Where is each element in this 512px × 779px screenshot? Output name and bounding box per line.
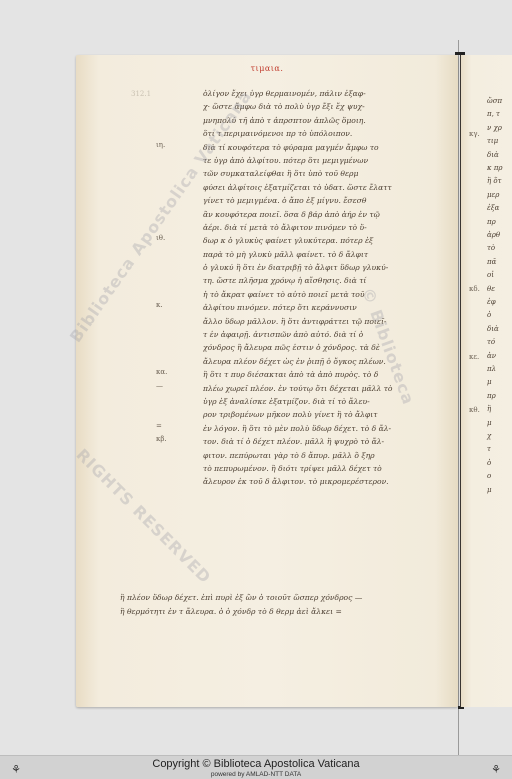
gutter-line	[458, 40, 459, 755]
manuscript-line-fragment: διὰ	[487, 151, 499, 159]
manuscript-footnote-line: ἢ θερμότητι ἐν τ ἄλευρα. ὁ ὁ χόνδρ τὸ δ …	[120, 605, 430, 619]
manuscript-line: φιτον. πεπύρωται γὰρ τὸ δ ἄπυρ. μᾶλλ ὃ ξ…	[203, 449, 428, 462]
manuscript-line-fragment: μ	[487, 378, 492, 386]
manuscript-line: ἄλευρον ἐκ τοῦ δ ἄλφιτον. τὸ μικρομερέστ…	[203, 475, 428, 488]
watermark-text: RIGHTS RESERVED	[73, 445, 215, 587]
manuscript-line: ρον τριβομένων μῆκον πολὺ γίνετ ἢ τὸ ἄλφ…	[203, 408, 428, 421]
margin-section-number: κθ.	[469, 406, 480, 414]
manuscript-line-fragment: πρ	[487, 218, 496, 226]
manuscript-line-fragment: τὸ	[487, 244, 495, 252]
running-head: τιμαια.	[76, 64, 458, 73]
manuscript-line-fragment: διὰ	[487, 325, 499, 333]
manuscript-line: τον. διὰ τί ὁ δέχετ πλέον. μᾶλλ ἢ ψυχρὸ …	[203, 435, 428, 448]
copyright-text: Copyright © Biblioteca Apostolica Vatica…	[0, 756, 512, 771]
manuscript-line: τη. ὥστε πλῆσμα χρόνῳ ἡ αἴσθησις. διὰ τί	[203, 274, 428, 287]
manuscript-page-left: τιμαια. 312.1 ὀλίγον ἔχει ὑγρ θερμαινομέ…	[76, 55, 458, 707]
powered-by-text[interactable]: powered by AMLAD-NTT DATA	[0, 771, 512, 779]
manuscript-line-fragment: ὥσπ	[487, 97, 502, 105]
bottom-text-lines: ἢ πλέον ὕδωρ δέχετ. ἐπὶ πυρὶ ἐξ ὢν ὁ τοι…	[120, 591, 430, 619]
margin-section-number: =	[156, 422, 162, 430]
folio-mark: 312.1	[131, 90, 151, 98]
margin-section-number: κδ.	[469, 285, 480, 293]
manuscript-line: ἀλφίτου πινόμεν. πότερ ὅτι κεράννυσιν	[203, 301, 428, 314]
manuscript-line-fragment: πλ	[487, 365, 496, 373]
manuscript-line-fragment: ἢ	[487, 405, 491, 413]
manuscript-line: ἀέρι. διὰ τί μετὰ τὸ ἄλφιτον πινόμεν τὸ …	[203, 221, 428, 234]
manuscript-line-fragment: μερ	[487, 191, 499, 199]
manuscript-line-fragment: τ	[487, 445, 491, 453]
manuscript-line-fragment: ν χρ	[487, 124, 502, 132]
manuscript-line-fragment: μ	[487, 486, 492, 494]
manuscript-line: τῶν συμκαταλείφθαι ἢ ὅτι ὑπὸ τοῦ θερμ	[203, 167, 428, 180]
margin-section-number: κ.	[156, 301, 163, 309]
manuscript-line: φύσει ἀλφίτοις ἐξατμίζεται τὸ ὑδατ. ὥστε…	[203, 181, 428, 194]
manuscript-line-fragment: οἰ	[487, 271, 494, 279]
manuscript-line-fragment: κ πρ	[487, 164, 503, 172]
manuscript-line-fragment: τό	[487, 338, 495, 346]
vatican-library-logo-icon: ⚘	[484, 759, 508, 779]
margin-section-number: κβ.	[156, 435, 167, 443]
manuscript-line-fragment: ἢ ὅτ	[487, 177, 502, 185]
manuscript-line: ἡ τὸ ἄκρατ φαίνετ τὸ αὐτὸ ποιεῖ μετὰ τοῦ	[203, 288, 428, 301]
manuscript-line: παρὰ τὸ μὴ γλυκὺ μᾶλλ φαίνετ. τὸ δ ἄλφιτ	[203, 248, 428, 261]
margin-section-number: —	[156, 382, 163, 390]
manuscript-line: ὁ γλυκύ ἢ ὅτι ἐν διατριβῇ τὸ ἄλφιτ ὕδωρ …	[203, 261, 428, 274]
manuscript-line-fragment: ἐφ	[487, 298, 496, 306]
manuscript-line-fragment: χ	[487, 432, 491, 440]
footer-bar: ⚘ Copyright © Biblioteca Apostolica Vati…	[0, 755, 512, 779]
manuscript-page-right: κγ.κδ.κε.κθ.ὥσππ, τν χρτιμδιὰκ πρἢ ὅτμερ…	[460, 55, 512, 707]
manuscript-line-fragment: ἐξα	[487, 204, 499, 212]
manuscript-line-fragment: ἀρθ	[487, 231, 500, 239]
vatican-library-logo-icon: ⚘	[4, 759, 28, 779]
manuscript-footnote-line: ἢ πλέον ὕδωρ δέχετ. ἐπὶ πυρὶ ἐξ ὢν ὁ τοι…	[120, 591, 430, 605]
manuscript-line: τὸ πεπυρωμένον. ἢ διότι τρίψει μᾶλλ δέχε…	[203, 462, 428, 475]
manuscript-line-fragment: μ	[487, 419, 492, 427]
manuscript-line: γίνετ τὸ μεμιγμένα. ὁ ἄπο ἐξ μίγνυ. ἔσεσ…	[203, 194, 428, 207]
manuscript-line: ἄλλο ὕδωρ μᾶλλον. ἢ ὅτι ἀντιφράττει τῷ π…	[203, 315, 428, 328]
manuscript-line-fragment: ο	[487, 472, 491, 480]
manuscript-line-fragment: τιμ	[487, 137, 498, 145]
manuscript-line-fragment: π, τ	[487, 110, 500, 118]
manuscript-line: διὰ τί κουφότερα τὸ φύραμα μαγμέν ἄμφω τ…	[203, 141, 428, 154]
manuscript-line: ἐν λόγον. ἢ ὅτι τὸ μὲν πολὺ ὕδωρ δέχετ. …	[203, 422, 428, 435]
manuscript-line-fragment: πρ	[487, 392, 496, 400]
manuscript-line-fragment: πᾶ	[487, 258, 496, 266]
manuscript-line: ἂν κουφότερα ποιεῖ. ὅσα δ βάρ ἀπὸ ἀήρ ἐν…	[203, 208, 428, 221]
margin-section-number: κα.	[156, 368, 167, 376]
manuscript-line: τε ὑγρ ἀπὸ ἀλφίτου. πότερ ὅτι μεμιγμένων	[203, 154, 428, 167]
manuscript-line: ὑγρ ἐξ ἀναλίσκε ἐξατμίζον. διὰ τί τὸ ἄλε…	[203, 395, 428, 408]
margin-section-number: κγ.	[469, 130, 480, 138]
manuscript-line: ὅτι τ περιμαινόμενοι πρ τὸ ὑπόλοιπον.	[203, 127, 428, 140]
manuscript-line-fragment: ὁ	[487, 311, 491, 319]
manuscript-line-fragment: ὀ	[487, 459, 491, 467]
main-text-block: ὀλίγον ἔχει ὑγρ θερμαινομέν, πάλιν ἐξαφ-…	[203, 87, 428, 489]
margin-section-number: κε.	[469, 353, 479, 361]
manuscript-line-fragment: θε	[487, 285, 495, 293]
manuscript-line: δωρ κ ὁ γλυκὺς φαίνετ γλυκύτερα. πότερ ἐ…	[203, 234, 428, 247]
margin-section-number: ιη.	[156, 141, 165, 149]
manuscript-viewer[interactable]: τιμαια. 312.1 ὀλίγον ἔχει ὑγρ θερμαινομέ…	[0, 0, 512, 755]
manuscript-line-fragment: ἀν	[487, 352, 496, 360]
